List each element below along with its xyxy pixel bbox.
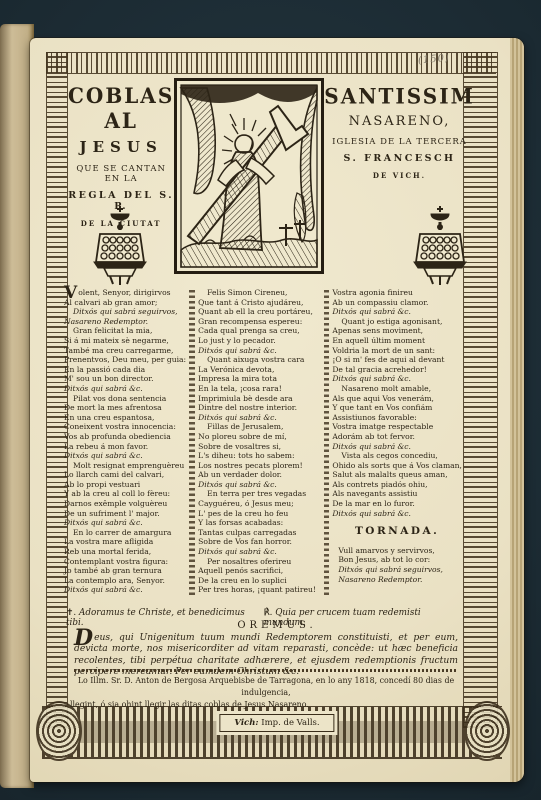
verse-line: Nasareno Redemptor.: [332, 575, 462, 585]
response-symbol: ℟.: [264, 608, 273, 618]
verse-column-3-lines: Vostra agonia finireuAb un compassiu cla…: [332, 288, 462, 518]
oremus-heading: OREMUS.: [30, 620, 524, 631]
verse-line: Ditxós qui sabrá &c.: [332, 307, 462, 317]
verse-line: Vull amarvos y servirvos,: [332, 546, 462, 556]
verse-line: Per tres horas, ¡quant patireu!: [198, 585, 320, 595]
verse-line: Adorám ab tot fervor.: [332, 432, 462, 442]
verse-line: Vostra agonia finireu: [332, 288, 462, 298]
verse-line: Ditxós qui sabrá seguirvos,: [64, 307, 186, 317]
verse-line: Que tant á Cristo ajudáreu,: [198, 298, 320, 308]
printer-imprint: Vich: Imp. de Valls.: [219, 714, 334, 732]
verse-line: Ditxós qui sabrá &c.: [198, 413, 320, 423]
verse-line: Prenentvos, Deu meu, per guia:: [64, 355, 186, 365]
verse-line: Coneixent vostra innocencia:: [64, 422, 186, 432]
broadside-page: (150) COBLAS AL JESUS QUE SE CANTAN EN L…: [30, 38, 524, 782]
verse-line: Salut als malalts queus aman,: [332, 470, 462, 480]
verse-line: Ditxós qui sabrá &c.: [198, 346, 320, 356]
monstrance-ornament-left-icon: [92, 206, 148, 292]
verse-line: No ploreu sobre de mí,: [198, 432, 320, 442]
verse-line: Als navegants assistiu: [332, 489, 462, 499]
verse-line: En lo carrer de amargura: [64, 528, 186, 538]
verse-line: Ditxós qui sabrá seguirvos,: [332, 565, 462, 575]
indulgence-line-2: llegint, ó sia ohint llegir las ditas co…: [70, 699, 462, 711]
verse-line: Ditxós qui sabrá &c.: [332, 442, 462, 452]
subtitle-cantan: QUE SE CANTAN EN LA: [68, 164, 174, 184]
indulgence-note: Lo Illm. Sr. D. Anton de Bergosa Arquebi…: [70, 675, 462, 711]
verse-column-2: Felis Simon Cireneu,Que tant á Cristo aj…: [198, 288, 320, 595]
verse-line: De la mar en lo furor.: [332, 499, 462, 509]
verse-column-1: Volent, Senyor, dirigirvosAl calvari ab …: [64, 288, 186, 595]
verse-line: Assistiunos favorable:: [332, 413, 462, 423]
photograph-of-bound-page: { "annotation": "(150)", "header": { "le…: [0, 0, 541, 800]
verse-line: Impresa la mira tota: [198, 374, 320, 384]
verse-line: L's diheu: tots ho sabem:: [198, 451, 320, 461]
verse-line: Los nostres pecats plorem!: [198, 461, 320, 471]
verse-line: En una creu espantosa,: [64, 413, 186, 423]
verse-line: També ma creu carregarme,: [64, 346, 186, 356]
subtitle-francesch: S. FRANCESCH: [324, 153, 474, 164]
verse-line: De tal gracia acrehedor!: [332, 365, 462, 375]
verse-line: En terra per tres vegadas: [198, 489, 320, 499]
verse-line: Ditxós qui sabrá &c.: [64, 585, 186, 595]
verse-line: M' sou un bon director.: [64, 374, 186, 384]
verse-line: Quant aixuga vostra cara: [198, 355, 320, 365]
verse-line: La vostra mare afligida: [64, 537, 186, 547]
verse-line: Nasareno molt amable,: [332, 384, 462, 394]
tornada-lines: Vull amarvos y servirvos,Bon Jesus, ab t…: [332, 546, 462, 584]
verse-line: Reb una mortal ferida,: [64, 547, 186, 557]
verse-line: Vostra imatge respectable: [332, 422, 462, 432]
verse-line: Tantas culpas carregadas: [198, 528, 320, 538]
verse-line: De mort la mes afrentosa: [64, 403, 186, 413]
verse-line: Ditxós qui sabrá &c.: [64, 451, 186, 461]
verse-line: Sobre de vosaltres si,: [198, 442, 320, 452]
verse-line: En la passió cada dia: [64, 365, 186, 375]
verse-line: Apenas sens moviment,: [332, 326, 462, 336]
indulgence-line-1: Lo Illm. Sr. D. Anton de Bergosa Arquebi…: [70, 675, 462, 699]
column-divider-ornament: [324, 290, 330, 595]
verse-line: De un sufriment l' major.: [64, 509, 186, 519]
verse-line: Ditxós qui sabrá &c.: [332, 374, 462, 384]
verse-columns: Volent, Senyor, dirigirvosAl calvari ab …: [64, 288, 462, 595]
verse-line: Als que aqui Vos venerám,: [332, 394, 462, 404]
imprint-place: Vich:: [234, 718, 258, 728]
title-jesus: JESUS: [68, 138, 174, 156]
verse-line: La contemplo ara, Senyor.: [64, 576, 186, 586]
verse-line: Ab un compassiu clamor.: [332, 298, 462, 308]
verse-line: En la tela, ¡cosa rara!: [198, 384, 320, 394]
imprint-printer: Imp. de Valls.: [261, 718, 319, 728]
jesus-carrying-cross-woodcut: [174, 78, 324, 278]
monstrance-ornament-right-icon: [412, 206, 468, 292]
verse-line: Felis Simon Cireneu,: [198, 288, 320, 298]
verse-line: Ditxós qui sabrá &c.: [64, 384, 186, 394]
verse-line: Contemplant vostra figura:: [64, 557, 186, 567]
verse-line: Vista als cegos concediu,: [332, 451, 462, 461]
verse-line: Jo també ab gran ternura: [64, 566, 186, 576]
verse-line: Dintre del nostre interior.: [198, 403, 320, 413]
verse-line: Aquell penós sacrifici,: [198, 566, 320, 576]
verse-line: Als contrets piadós ohiu,: [332, 480, 462, 490]
column-divider-ornament: [189, 290, 195, 595]
verse-line: Y que tant en Vos confiám: [332, 403, 462, 413]
tornada-section: TORNADA. Vull amarvos y servirvos,Bon Je…: [332, 527, 462, 584]
verse-line: Ditxós qui sabrá &c.: [64, 518, 186, 528]
verse-line: Quant jo estiga agonisant,: [332, 317, 462, 327]
title-santissim: SANTISSIM: [324, 83, 474, 108]
previous-page-edge: [0, 24, 34, 788]
tornada-heading: TORNADA.: [332, 527, 462, 537]
verse-line: Gran recompensa espereu:: [198, 317, 320, 327]
verse-line: Imprimiula bè desde ara: [198, 394, 320, 404]
subtitle-vich: DE VICH.: [324, 171, 474, 180]
verse-line: Ab lo propi vestuari: [64, 480, 186, 490]
verse-line: En aquell últim moment: [332, 336, 462, 346]
title-nasareno: NASARENO,: [324, 114, 474, 129]
verse-line: Gran felicitat la mia,: [64, 326, 186, 336]
verse-line: Ditxós qui sabrá &c.: [198, 547, 320, 557]
verse-line: Fillas de Jerusalem,: [198, 422, 320, 432]
verse-line: La Verónica devota,: [198, 365, 320, 375]
verse-line: Pilat vos dona sentencia: [64, 394, 186, 404]
verse-line: La rebeu á mon favor.: [64, 442, 186, 452]
verse-line: De la creu en lo suplici: [198, 576, 320, 586]
verse-line: Cada qual prenga sa creu,: [198, 326, 320, 336]
verse-line: ¡O si m' fes de aqui al devant: [332, 355, 462, 365]
verse-line: Darnos exêmple volguèreu: [64, 499, 186, 509]
verse-line: Ditxós qui sabrá &c.: [198, 480, 320, 490]
verse-line: Nasareno Redemptor.: [64, 317, 186, 327]
verse-line: Y ab la creu al coll lo fèreu:: [64, 489, 186, 499]
verse-column-3: Vostra agonia finireuAb un compassiu cla…: [332, 288, 462, 595]
verse-line: Vos ab profunda obediencia: [64, 432, 186, 442]
verse-line: Lo llarch cami del calvari,: [64, 470, 186, 480]
verse-line: Volent, Senyor, dirigirvos: [64, 288, 186, 298]
verse-line: Lo just y lo pecador.: [198, 336, 320, 346]
verse-line: Cayguéreu, ó Jesus meu;: [198, 499, 320, 509]
cross-symbol: ✝.: [66, 608, 76, 618]
verse-line: Ditxós qui sabrá &c.: [332, 509, 462, 519]
verse-line: Ohido als sorts que á Vos claman,: [332, 461, 462, 471]
verse-line: Al calvari ab gran amor;: [64, 298, 186, 308]
subtitle-iglesia: IGLESIA DE LA TERCERA: [324, 137, 474, 147]
verse-line: Y las forsas acabadas:: [198, 518, 320, 528]
ornamental-rule: [74, 669, 458, 672]
verse-line: Bon Jesus, ab tot lo cor:: [332, 555, 462, 565]
verse-line: Voldria la mort de un sant:: [332, 346, 462, 356]
verse-line: Sobre de Vos fan horror.: [198, 537, 320, 547]
verse-line: Per nosaltres oferireu: [198, 557, 320, 567]
verse-line: Molt resignat emprenguèreu: [64, 461, 186, 471]
verse-line: L' pes de la creu ho feu: [198, 509, 320, 519]
verse-line: Si á mi mateix sè negarme,: [64, 336, 186, 346]
page-edge-stack: [510, 38, 524, 782]
title-coblas: COBLAS AL: [68, 83, 174, 133]
verse-line: Ab un verdader dolor.: [198, 470, 320, 480]
verse-line: Quant ab ell la creu portáreu,: [198, 307, 320, 317]
